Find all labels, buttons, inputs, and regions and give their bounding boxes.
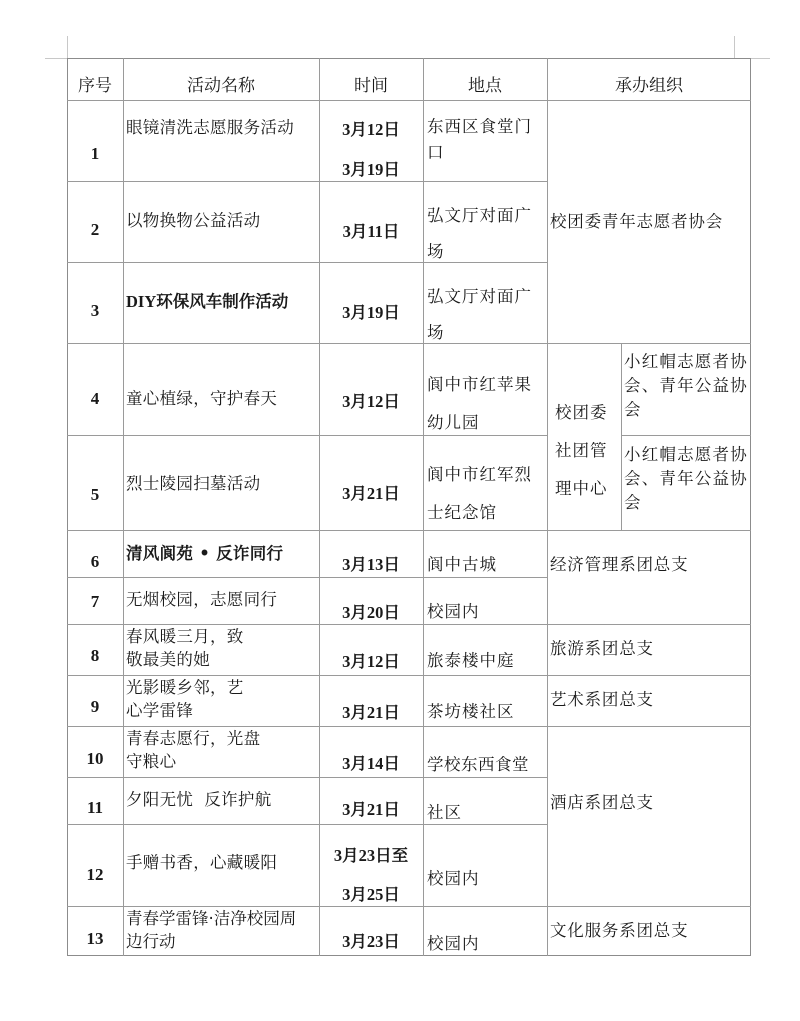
activity-name: 无烟校园，志愿同行 [123, 588, 319, 614]
header-name: 活动名称 [123, 58, 319, 100]
row-index: 11 [67, 786, 123, 830]
row-index: 6 [67, 540, 123, 584]
organizer-group: 酒店系团总支 [547, 791, 751, 817]
row-divider [67, 262, 547, 263]
activity-name: DIY环保风车制作活动 [123, 290, 319, 316]
activity-time: 3月21日 [319, 798, 423, 822]
activity-location: 阆中市红苹果幼儿园 [423, 366, 547, 436]
header-organizer: 承办组织 [547, 58, 751, 100]
activity-location: 学校东西食堂 [423, 752, 547, 778]
activity-time: 3月19日 [319, 158, 423, 182]
activity-time: 3月21日 [319, 482, 423, 506]
activity-name: 青春志愿行，光盘守粮心 [123, 727, 319, 775]
organizer-group: 文化服务系团总支 [547, 919, 751, 945]
activity-time: 3月12日 [319, 118, 423, 142]
activity-time: 3月23日至 [319, 844, 423, 868]
activity-name: 眼镜清洗志愿服务活动 [123, 116, 319, 176]
activity-time: 3月25日 [319, 883, 423, 907]
organizer-group: 艺术系团总支 [547, 688, 751, 714]
row-index: 3 [67, 276, 123, 346]
header-location: 地点 [423, 58, 547, 100]
activity-time: 3月20日 [319, 601, 423, 625]
activity-time: 3月21日 [319, 701, 423, 725]
activity-time: 3月14日 [319, 752, 423, 776]
header-time: 时间 [319, 58, 423, 100]
activity-location: 阆中古城 [423, 552, 547, 578]
row-index: 13 [67, 915, 123, 963]
crop-mark-top-right-v [734, 36, 735, 58]
organizer-group: 校团委社团管理中心 [547, 394, 621, 504]
activity-location: 校园内 [423, 866, 547, 892]
activity-name: 光影暖乡邻，艺心学雷锋 [123, 676, 319, 724]
activity-location: 社区 [423, 800, 547, 826]
activity-name: 以物换物公益活动 [123, 209, 319, 235]
row-divider [621, 435, 751, 436]
row-index: 12 [67, 840, 123, 910]
activity-name: 烈士陵园扫墓活动 [123, 472, 319, 498]
activity-name: 清风阆苑 • 反诈同行 [123, 542, 319, 568]
activity-time: 3月11日 [319, 220, 423, 244]
row-index: 9 [67, 683, 123, 731]
activity-name: 童心植绿，守护春天 [123, 387, 319, 413]
activity-name: 青春学雷锋·洁净校园周边行动 [123, 907, 319, 955]
row-index: 10 [67, 735, 123, 783]
sub-organizer: 小红帽志愿者协会、青年公益协会 [621, 350, 751, 430]
row-index: 1 [67, 100, 123, 208]
activity-time: 3月23日 [319, 930, 423, 954]
activity-location: 弘文厅对面广场 [423, 279, 547, 341]
activity-time: 3月19日 [319, 301, 423, 325]
row-index: 2 [67, 195, 123, 265]
activity-time: 3月13日 [319, 553, 423, 577]
activity-name: 夕阳无忧 反诈护航 [123, 788, 319, 814]
activity-time: 3月12日 [319, 650, 423, 674]
organizer-group: 旅游系团总支 [547, 637, 751, 663]
activity-location: 旅泰楼中庭 [423, 648, 547, 674]
crop-mark-top-right-h [750, 58, 770, 59]
activity-time: 3月12日 [319, 390, 423, 414]
activity-name: 春风暖三月，致敬最美的她 [123, 625, 319, 673]
organizer-group: 校团委青年志愿者协会 [547, 100, 751, 343]
row-index: 5 [67, 455, 123, 535]
activity-location: 校园内 [423, 931, 547, 957]
organizer-group: 经济管理系团总支 [547, 553, 751, 579]
header-index: 序号 [67, 58, 123, 100]
activity-location: 东西区食堂门口 [423, 114, 547, 176]
activity-location: 校园内 [423, 599, 547, 625]
row-index: 8 [67, 632, 123, 680]
crop-mark-top-left-v [67, 36, 68, 58]
row-index: 4 [67, 343, 123, 455]
row-divider [67, 181, 547, 182]
activity-name: 手赠书香，心藏暖阳 [123, 851, 319, 877]
row-divider [67, 343, 751, 344]
row-index: 7 [67, 582, 123, 622]
activity-location: 阆中市红军烈士纪念馆 [423, 456, 547, 530]
column-divider [123, 58, 124, 956]
crop-mark-top-left-h [45, 58, 67, 59]
sub-organizer: 小红帽志愿者协会、青年公益协会 [621, 443, 751, 523]
row-divider [67, 530, 751, 531]
activity-location: 茶坊楼社区 [423, 699, 547, 725]
activity-location: 弘文厅对面广场 [423, 198, 547, 260]
